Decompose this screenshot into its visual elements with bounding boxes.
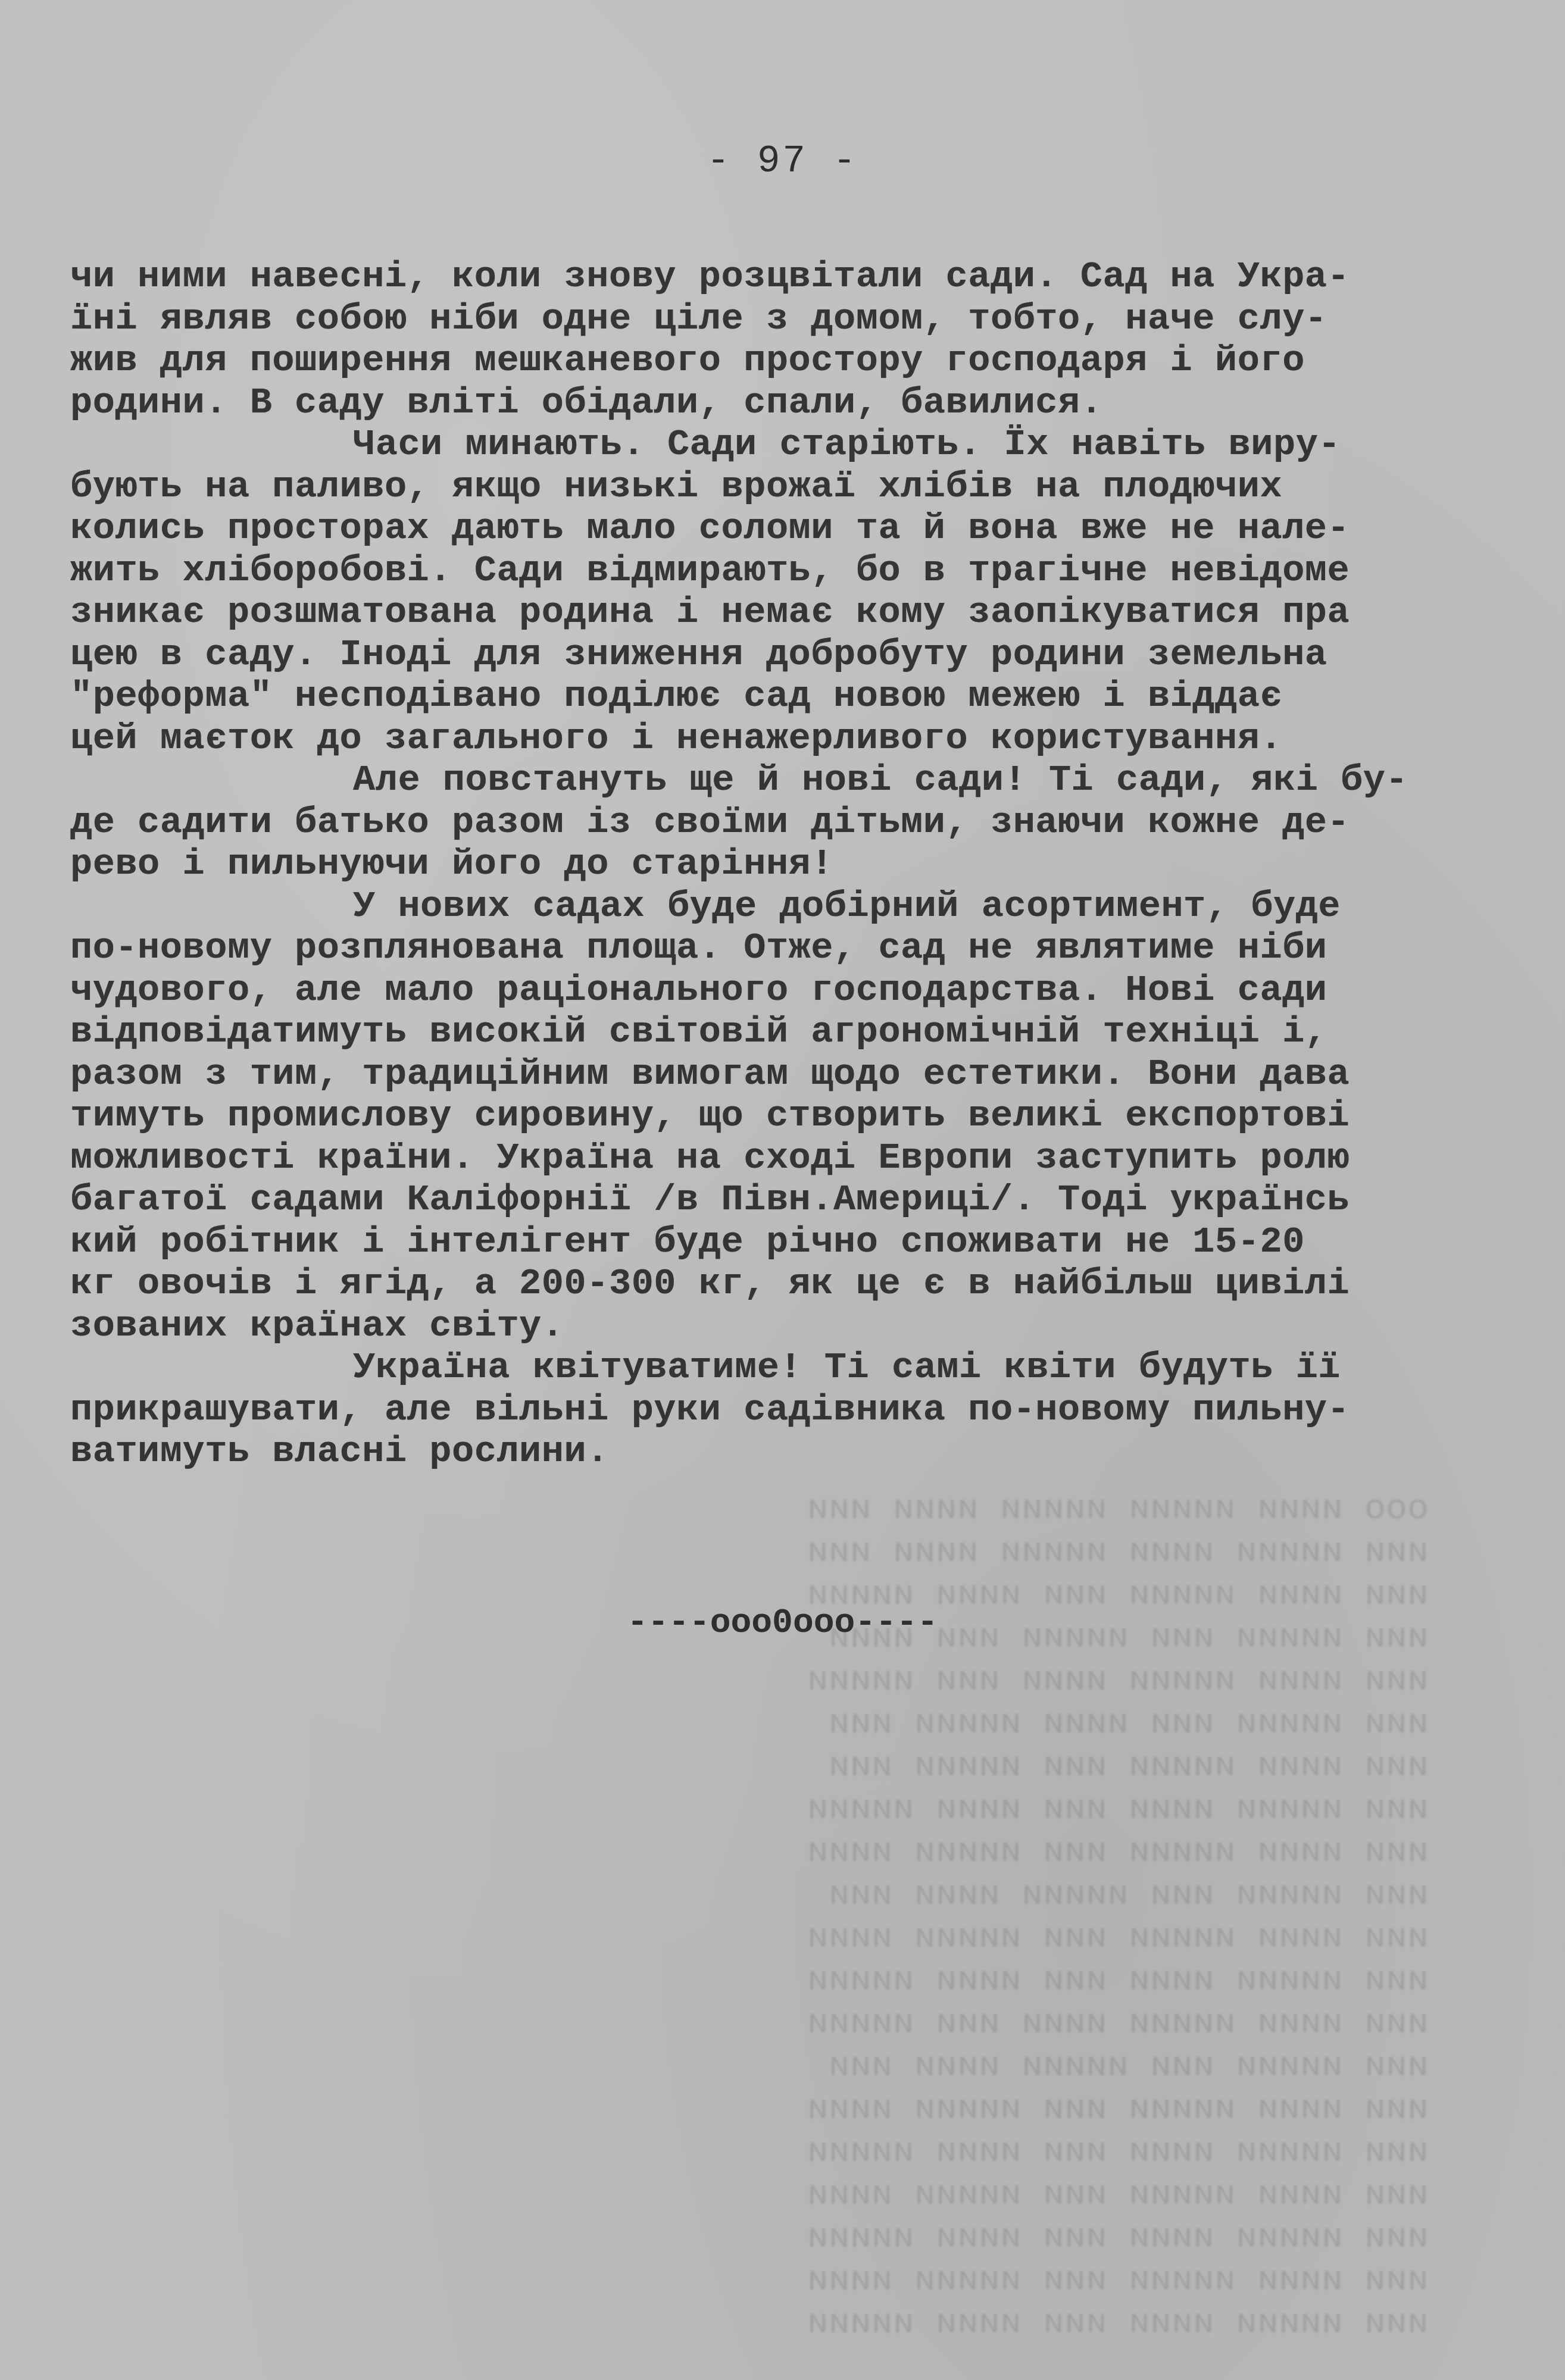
text-line: жив для поширення мешканевого простору г…	[70, 340, 1499, 382]
text-line: по-новому розплянована площа. Отже, сад …	[70, 927, 1499, 969]
text-line: Україна квітуватиме! Ті самі квіти будут…	[70, 1347, 1499, 1389]
text-line: їні являв собою ніби одне ціле з домом, …	[70, 298, 1499, 340]
text-line: де садити батько разом із своїми дітьми,…	[70, 802, 1499, 844]
text-line: прикрашувати, але вільні руки садівника …	[70, 1389, 1499, 1431]
text-line: чи ними навесні, коли знову розцвітали с…	[70, 256, 1499, 298]
text-line: бують на паливо, якщо низькі врожаї хліб…	[70, 466, 1499, 508]
text-line: разом з тим, традиційним вимогам щодо ес…	[70, 1053, 1499, 1096]
page-number: - 97 -	[0, 140, 1565, 183]
typewritten-body: чи ними навесні, коли знову розцвітали с…	[70, 256, 1499, 1473]
text-line: зованих країнах світу.	[70, 1305, 1499, 1347]
text-line: цей маєток до загального і ненажерливого…	[70, 718, 1499, 760]
document-page: ооо ииии иииии иииии ииии иии иии иииии …	[0, 0, 1565, 2380]
text-line: кий робітник і інтелігент буде річно спо…	[70, 1221, 1499, 1264]
text-line: багатої садами Каліфорнії /в Півн.Америц…	[70, 1179, 1499, 1221]
text-line: родини. В саду вліті обідали, спали, бав…	[70, 382, 1499, 424]
text-line: "реформа" несподівано поділює сад новою …	[70, 675, 1499, 718]
text-line: зникає розшматована родина і немає кому …	[70, 592, 1499, 634]
text-line: колись просторах дають мало соломи та й …	[70, 508, 1499, 550]
text-line: можливості країни. Україна на сході Евро…	[70, 1137, 1499, 1180]
text-line: У нових садах буде добірний асортимент, …	[70, 886, 1499, 928]
text-line: жить хліборобові. Сади відмирають, бо в …	[70, 550, 1499, 592]
text-line: рево і пильнуючи його до старіння!	[70, 843, 1499, 886]
text-line: тимуть промислову сировину, що створить …	[70, 1095, 1499, 1137]
text-line: ватимуть власні рослини.	[70, 1431, 1499, 1473]
section-separator: ----ooo0ooo----	[0, 1604, 1565, 1643]
text-line: відповідатимуть високій світовій агроном…	[70, 1011, 1499, 1053]
text-line: чудового, але мало раціонального господа…	[70, 969, 1499, 1012]
text-line: цею в саду. Іноді для зниження добробуту…	[70, 634, 1499, 676]
text-line: Часи минають. Сади старіють. Їх навіть в…	[70, 424, 1499, 466]
text-line: Але повстануть ще й нові сади! Ті сади, …	[70, 759, 1499, 802]
text-line: кг овочів і ягід, а 200-300 кг, як це є …	[70, 1263, 1499, 1305]
